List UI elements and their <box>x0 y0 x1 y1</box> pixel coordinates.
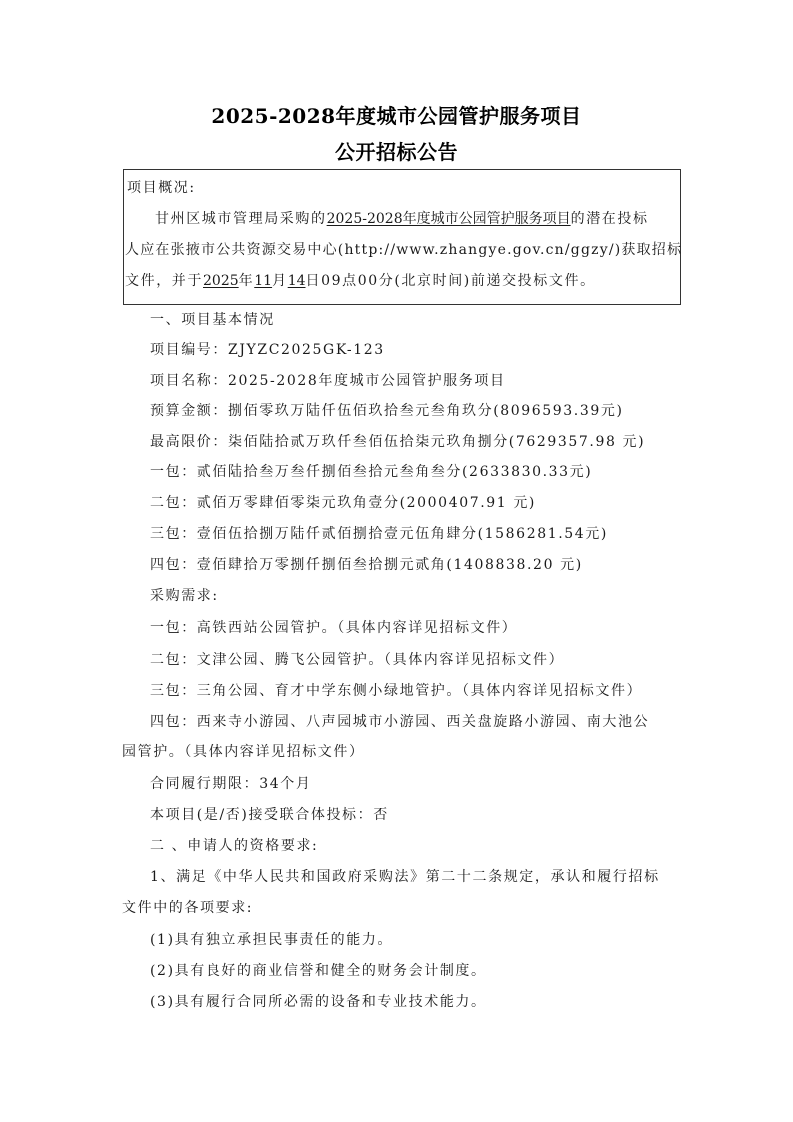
overview-paragraph-line2: 人应在张掖市公共资源交易中心(http://www.zhangye.gov.cn… <box>125 241 682 259</box>
overview-text: 文件，并于 <box>125 273 203 289</box>
contract-period: 合同履行期限：34个月 <box>150 775 311 793</box>
requirement-package-2: 二包：文津公园、腾飞公园管护。（具体内容详见招标文件） <box>150 651 564 669</box>
package-1-amount: 一包：贰佰陆拾叁万叁仟捌佰叁拾元叁角叁分(2633830.33元) <box>150 463 592 481</box>
qualification-item1-line2: 文件中的各项要求: <box>122 899 253 917</box>
package-3-amount: 三包：壹佰伍拾捌万陆仟贰佰捌拾壹元伍角肆分(1586281.54元) <box>150 525 608 543</box>
qualification-item1-line1: 1、满足《中华人民共和国政府采购法》第二十二条规定，承认和履行招标 <box>150 868 660 886</box>
requirement-package-4-line2: 园管护。（具体内容详见招标文件） <box>122 743 365 761</box>
qualification-subitem-1: (1)具有独立承担民事责任的能力。 <box>150 931 393 949</box>
deadline-year: 2025 <box>203 273 239 289</box>
requirement-package-3: 三包：三角公园、育才中学东侧小绿地管护。（具体内容详见招标文件） <box>150 682 642 700</box>
project-name: 项目名称：2025-2028年度城市公园管护服务项目 <box>150 372 506 390</box>
overview-paragraph-line3: 文件，并于2025年11月14日09点00分(北京时间)前递交投标文件。 <box>125 272 596 290</box>
requirements-heading: 采购需求: <box>150 587 219 605</box>
overview-heading: 项目概况: <box>127 179 196 197</box>
deadline-day: 14 <box>288 273 306 289</box>
package-2-amount: 二包：贰佰万零肆佰零柒元玖角壹分(2000407.91 元) <box>150 494 536 512</box>
package-4-amount: 四包：壹佰肆拾万零捌仟捌佰叁拾捌元贰角(1408838.20 元) <box>150 556 583 574</box>
budget-amount: 预算金额：捌佰零玖万陆仟伍佰玖拾叁元叁角玖分(8096593.39元) <box>150 402 624 420</box>
qualification-subitem-2: (2)具有良好的商业信誉和健全的财务会计制度。 <box>150 962 487 980</box>
requirement-package-4-line1: 四包：西来寺小游园、八声园城市小游园、西关盘旋路小游园、南大池公 <box>150 713 649 731</box>
document-title-line1: 2025-2028年度城市公园管护服务项目 <box>0 100 793 129</box>
section2-heading: 二 、申请人的资格要求: <box>150 837 318 855</box>
deadline-month: 11 <box>254 273 272 289</box>
month-unit: 月 <box>272 273 288 289</box>
overview-project-name: 2025-2028年度城市公园管护服务项目 <box>327 211 571 227</box>
year-unit: 年 <box>239 273 255 289</box>
max-price: 最高限价：柒佰陆拾贰万玖仟叁佰伍拾柒元玖角捌分(7629357.98 元) <box>150 433 645 451</box>
section1-heading: 一、项目基本情况 <box>150 311 275 329</box>
qualification-subitem-3: (3)具有履行合同所必需的设备和专业技术能力。 <box>150 993 487 1011</box>
project-number: 项目编号：ZJYZC2025GK-123 <box>150 341 385 359</box>
overview-text: 日09点00分(北京时间)前递交投标文件。 <box>306 273 596 289</box>
overview-text: 甘州区城市管理局采购的 <box>155 211 327 227</box>
overview-paragraph-line1: 甘州区城市管理局采购的2025-2028年度城市公园管护服务项目的潜在投标 <box>155 210 649 228</box>
requirement-package-1: 一包：高铁西站公园管护。（具体内容详见招标文件） <box>150 619 517 637</box>
consortium-bidding: 本项目(是/否)接受联合体投标：否 <box>150 806 389 824</box>
overview-text: 的潜在投标 <box>571 211 649 227</box>
document-title-line2: 公开招标公告 <box>0 136 793 165</box>
